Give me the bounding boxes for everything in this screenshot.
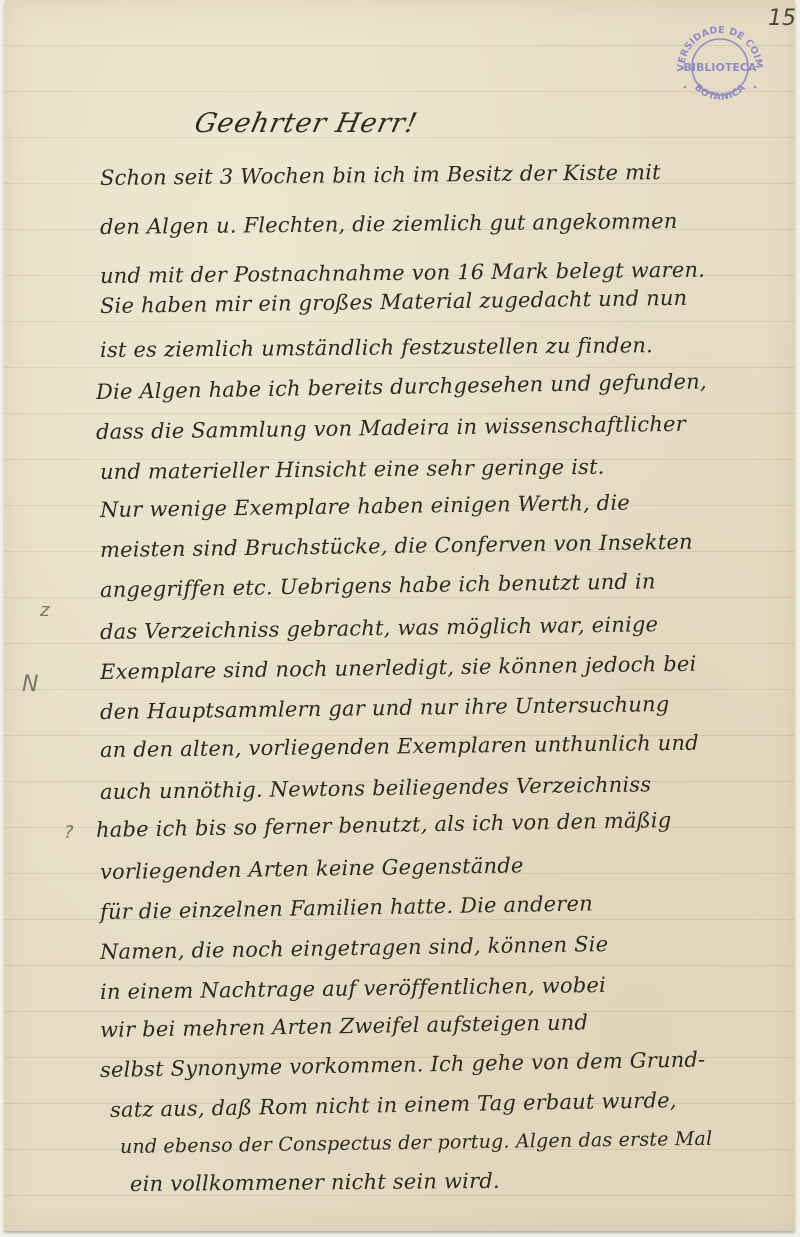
letter-line: ein vollkommener nicht sein wird.: [130, 1169, 500, 1196]
letter-body: Schon seit 3 Wochen bin ich im Besitz de…: [0, 0, 800, 1237]
letter-line: selbst Synonyme vorkommen. Ich gehe von …: [100, 1047, 706, 1082]
letter-line: den Algen u. Flechten, die ziemlich gut …: [100, 209, 678, 239]
letter-line: und ebenso der Conspectus der portug. Al…: [120, 1128, 713, 1158]
letter-line: ist es ziemlich umständlich festzustelle…: [100, 333, 653, 362]
letter-line: dass die Sammlung von Madeira in wissens…: [96, 412, 686, 444]
margin-mark: ?: [64, 822, 74, 843]
letter-line: und materieller Hinsicht eine sehr gerin…: [100, 455, 605, 484]
letter-line: Die Algen habe ich bereits durchgesehen …: [96, 369, 707, 404]
letter-line: in einem Nachtrage auf veröffentlichen, …: [100, 973, 606, 1004]
letter-line: Nur wenige Exemplare haben einigen Werth…: [100, 491, 630, 522]
letter-line: vorliegenden Arten keine Gegenstände: [100, 853, 524, 884]
letter-line: Namen, die noch eingetragen sind, können…: [100, 932, 609, 964]
letter-line: auch unnöthig. Newtons beiliegendes Verz…: [100, 772, 652, 804]
letter-line: wir bei mehren Arten Zweifel aufsteigen …: [100, 1010, 588, 1042]
letter-line: angegriffen etc. Uebrigens habe ich benu…: [100, 569, 656, 602]
letter-line: satz aus, daß Rom nicht in einem Tag erb…: [110, 1088, 677, 1122]
letter-line: an den alten, vorliegenden Exemplaren un…: [100, 731, 699, 762]
letter-line: den Hauptsammlern gar und nur ihre Unter…: [100, 692, 670, 724]
letter-line: und mit der Postnachnahme von 16 Mark be…: [100, 258, 705, 288]
letter-line: Sie haben mir ein großes Material zugeda…: [100, 286, 688, 318]
letter-line: Exemplare sind noch unerledigt, sie könn…: [100, 652, 697, 684]
letter-line: habe ich bis so ferner benutzt, als ich …: [96, 808, 672, 842]
margin-mark: N: [22, 672, 38, 697]
letter-line: Schon seit 3 Wochen bin ich im Besitz de…: [100, 159, 790, 190]
letter-line: das Verzeichniss gebracht, was möglich w…: [100, 612, 658, 644]
letter-line: meisten sind Bruchstücke, die Conferven …: [100, 530, 693, 562]
letter-line: für die einzelnen Familien hatte. Die an…: [100, 891, 593, 924]
margin-mark: z: [40, 600, 49, 621]
